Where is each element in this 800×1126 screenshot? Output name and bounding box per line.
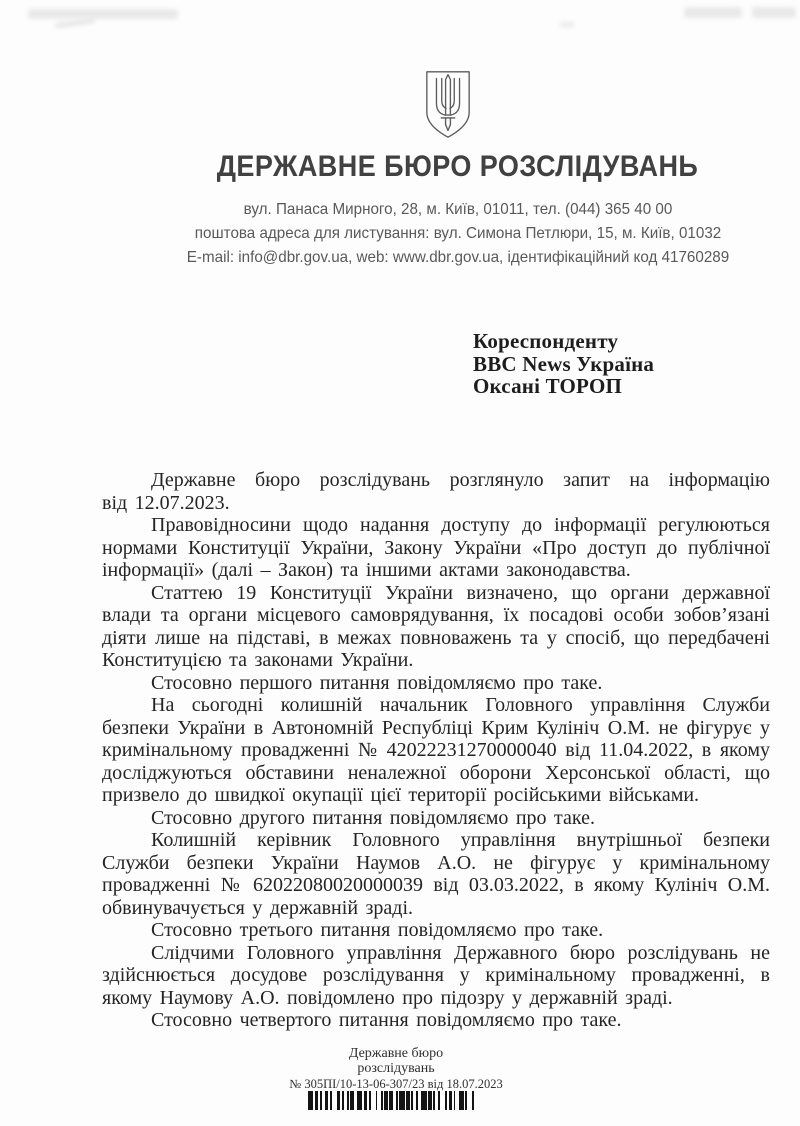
- recipient-line: Оксані ТОРОП: [473, 375, 654, 398]
- scan-artifact: [28, 9, 178, 19]
- scan-artifact: [560, 22, 574, 27]
- document-number: № 305ПІ/10-13-06-307/23 від 18.07.2023: [0, 1077, 792, 1092]
- body-paragraph: Колишній керівник Головного управління в…: [102, 829, 770, 919]
- stamp-org-line: розслідувань: [0, 1061, 792, 1076]
- org-address-line: вул. Панаса Мирного, 28, м. Київ, 01011,…: [78, 198, 800, 222]
- org-address-line: поштова адреса для листування: вул. Симо…: [78, 222, 800, 246]
- body-paragraph: На сьогодні колишній начальник Головного…: [102, 694, 770, 807]
- recipient-line: BBC News Україна: [473, 353, 654, 376]
- scanned-letter-page: ДЕРЖАВНЕ БЮРО РОЗСЛІДУВАНЬ вул. Панаса М…: [0, 0, 800, 1126]
- recipient-line: Кореспонденту: [473, 330, 654, 353]
- scan-artifact: [684, 7, 742, 18]
- org-address-line: E-mail: info@dbr.gov.ua, web: www.dbr.go…: [78, 246, 800, 270]
- recipient-block: Кореспонденту BBC News Україна Оксані ТО…: [473, 330, 654, 398]
- body-paragraph: Стосовно третього питання повідомляємо п…: [102, 919, 770, 942]
- body-paragraph: Статтею 19 Конституції України визначено…: [102, 582, 770, 672]
- stamp-org-line: Державне бюро: [0, 1046, 792, 1061]
- barcode: [308, 1091, 484, 1110]
- body-paragraph: Стосовно другого питання повідомляємо пр…: [102, 807, 770, 830]
- org-address-block: вул. Панаса Мирного, 28, м. Київ, 01011,…: [58, 198, 800, 270]
- body-paragraph: Стосовно першого питання повідомляємо пр…: [102, 672, 770, 695]
- body-paragraph: Державне бюро розслідувань розглянуло за…: [102, 469, 770, 514]
- body-paragraph: Правовідносини щодо надання доступу до і…: [102, 514, 770, 582]
- body-paragraph: Стосовно четвертого питання повідомляємо…: [102, 1009, 770, 1032]
- org-name-title: ДЕРЖАВНЕ БЮРО РОЗСЛІДУВАНЬ: [57, 150, 800, 184]
- letter-body: Державне бюро розслідувань розглянуло за…: [102, 469, 770, 1032]
- scan-artifact: [752, 7, 796, 18]
- body-paragraph: Слідчими Головного управління Державного…: [102, 942, 770, 1010]
- trident-coat-of-arms-icon: [423, 69, 473, 140]
- registration-stamp: Державне бюро розслідувань № 305ПІ/10-13…: [0, 1046, 792, 1092]
